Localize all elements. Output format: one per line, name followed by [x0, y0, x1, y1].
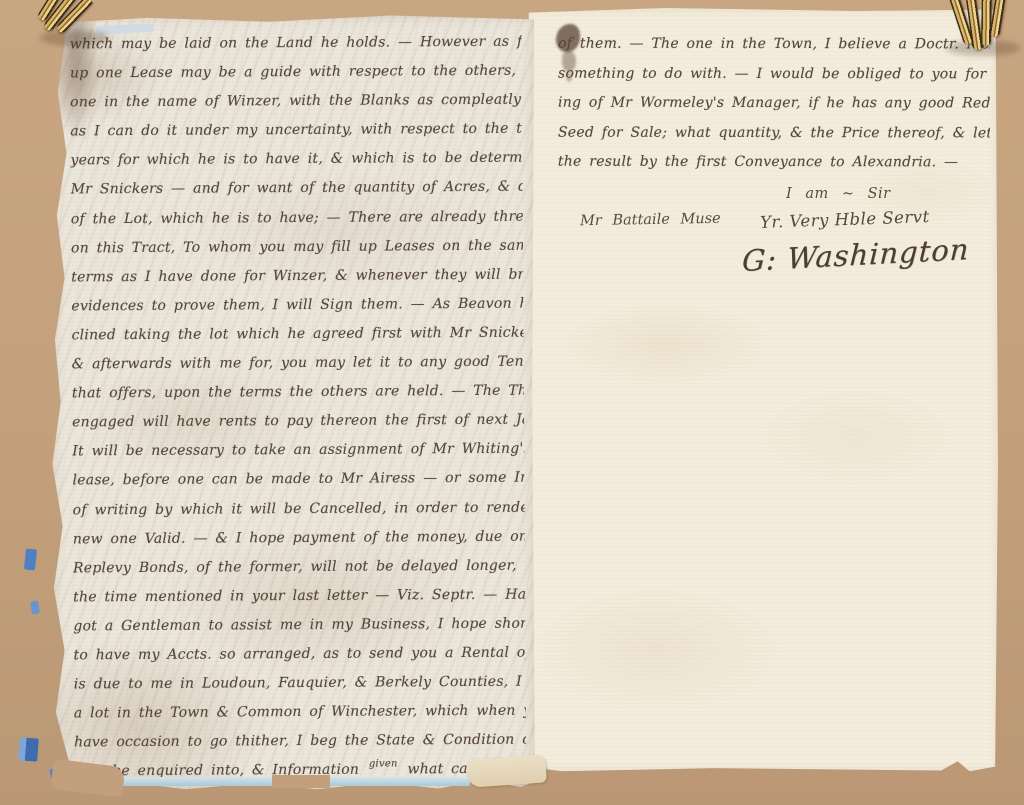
manuscript-line: & afterwards with me for, you may let it… [72, 348, 524, 380]
clip-prong [989, 0, 1007, 37]
manuscript-line: on this Tract, To whom you may fill up L… [71, 231, 523, 263]
manuscript-line: up one Lease may be a guide with respect… [70, 57, 522, 89]
manuscript-line: is due to me in Loudoun, Fauquier, & Ber… [74, 668, 526, 700]
manuscript-line: It will be necessary to take an assignme… [72, 435, 524, 467]
manuscript-line: Seed for Sale; what quantity, & the Pric… [558, 118, 990, 148]
manuscript-line: clined taking the lot which he agreed fi… [71, 319, 523, 351]
left-page-text: which may be laid on the Land he holds. … [70, 28, 527, 787]
manuscript-line: ing of Mr Wormeley's Manager, if he has … [558, 89, 990, 119]
manuscript-line: as I can do it under my uncertainty, wit… [70, 115, 522, 147]
letter-page-left: which may be laid on the Land he holds. … [50, 14, 536, 790]
manuscript-line: have occasion to go thither, I beg the S… [74, 726, 526, 758]
manuscript-line: that offers, upon the terms the others a… [72, 377, 524, 409]
manuscript-line: something to do with. — I would be oblig… [558, 59, 990, 89]
manuscript-line: terms as I have done for Winzer, & whene… [71, 260, 523, 292]
manuscript-line: evidences to prove them, I will Sign the… [71, 289, 523, 321]
manuscript-line: new one Valid. — & I hope payment of the… [73, 522, 525, 554]
manuscript-line: to have my Accts. so arranged, as to sen… [73, 639, 525, 671]
manuscript-line: which may be laid on the Land he holds. … [70, 28, 522, 60]
manuscript-line: the time mentioned in your last letter —… [73, 580, 525, 612]
manuscript-line: years for which he is to have it, & whic… [70, 144, 522, 176]
manuscript-line: lease, before one can be made to Mr Aire… [72, 464, 524, 496]
tape-fragment-icon [24, 548, 37, 570]
inserted-word: given [369, 759, 398, 770]
addressee-line: Mr Battaile Muse [580, 211, 721, 229]
manuscript-line: Mr Snickers — and for want of the quanti… [71, 173, 523, 205]
right-page-text: of them. — The one in the Town, I believ… [558, 30, 990, 179]
manuscript-line: of writing by which it will be Cancelled… [73, 493, 525, 525]
torn-gap [272, 775, 330, 788]
right-page-lines: of them. — The one in the Town, I believ… [558, 30, 990, 179]
torn-paper-flap [467, 754, 547, 787]
letter-page-right: of them. — The one in the Town, I believ… [524, 8, 998, 772]
left-page-lines: which may be laid on the Land he holds. … [70, 28, 526, 758]
tape-fragment-icon [30, 601, 40, 615]
manuscript-line: one in the name of Winzer, with the Blan… [70, 86, 522, 118]
manuscript-line: of them. — The one in the Town, I believ… [558, 30, 990, 60]
scanned-letter: which may be laid on the Land he holds. … [0, 0, 1024, 805]
closing-valediction: Yr. Very Hble Servt [760, 207, 930, 232]
manuscript-line: a lot in the Town & Common of Winchester… [74, 697, 526, 729]
manuscript-line: engaged will have rents to pay thereon t… [72, 406, 524, 438]
manuscript-line: got a Gentleman to assist me in my Busin… [73, 609, 525, 641]
signature: G: Washington [741, 232, 970, 278]
binder-clip-icon [936, 0, 1024, 61]
manuscript-line: Replevy Bonds, of the former, will not b… [73, 551, 525, 583]
tape-fragment-icon [18, 737, 39, 761]
manuscript-line: the result by the first Conveyance to Al… [558, 148, 990, 178]
closing-salutation: I am ~ Sir [786, 186, 891, 202]
manuscript-line: of the Lot, which he is to have; — There… [71, 202, 523, 234]
